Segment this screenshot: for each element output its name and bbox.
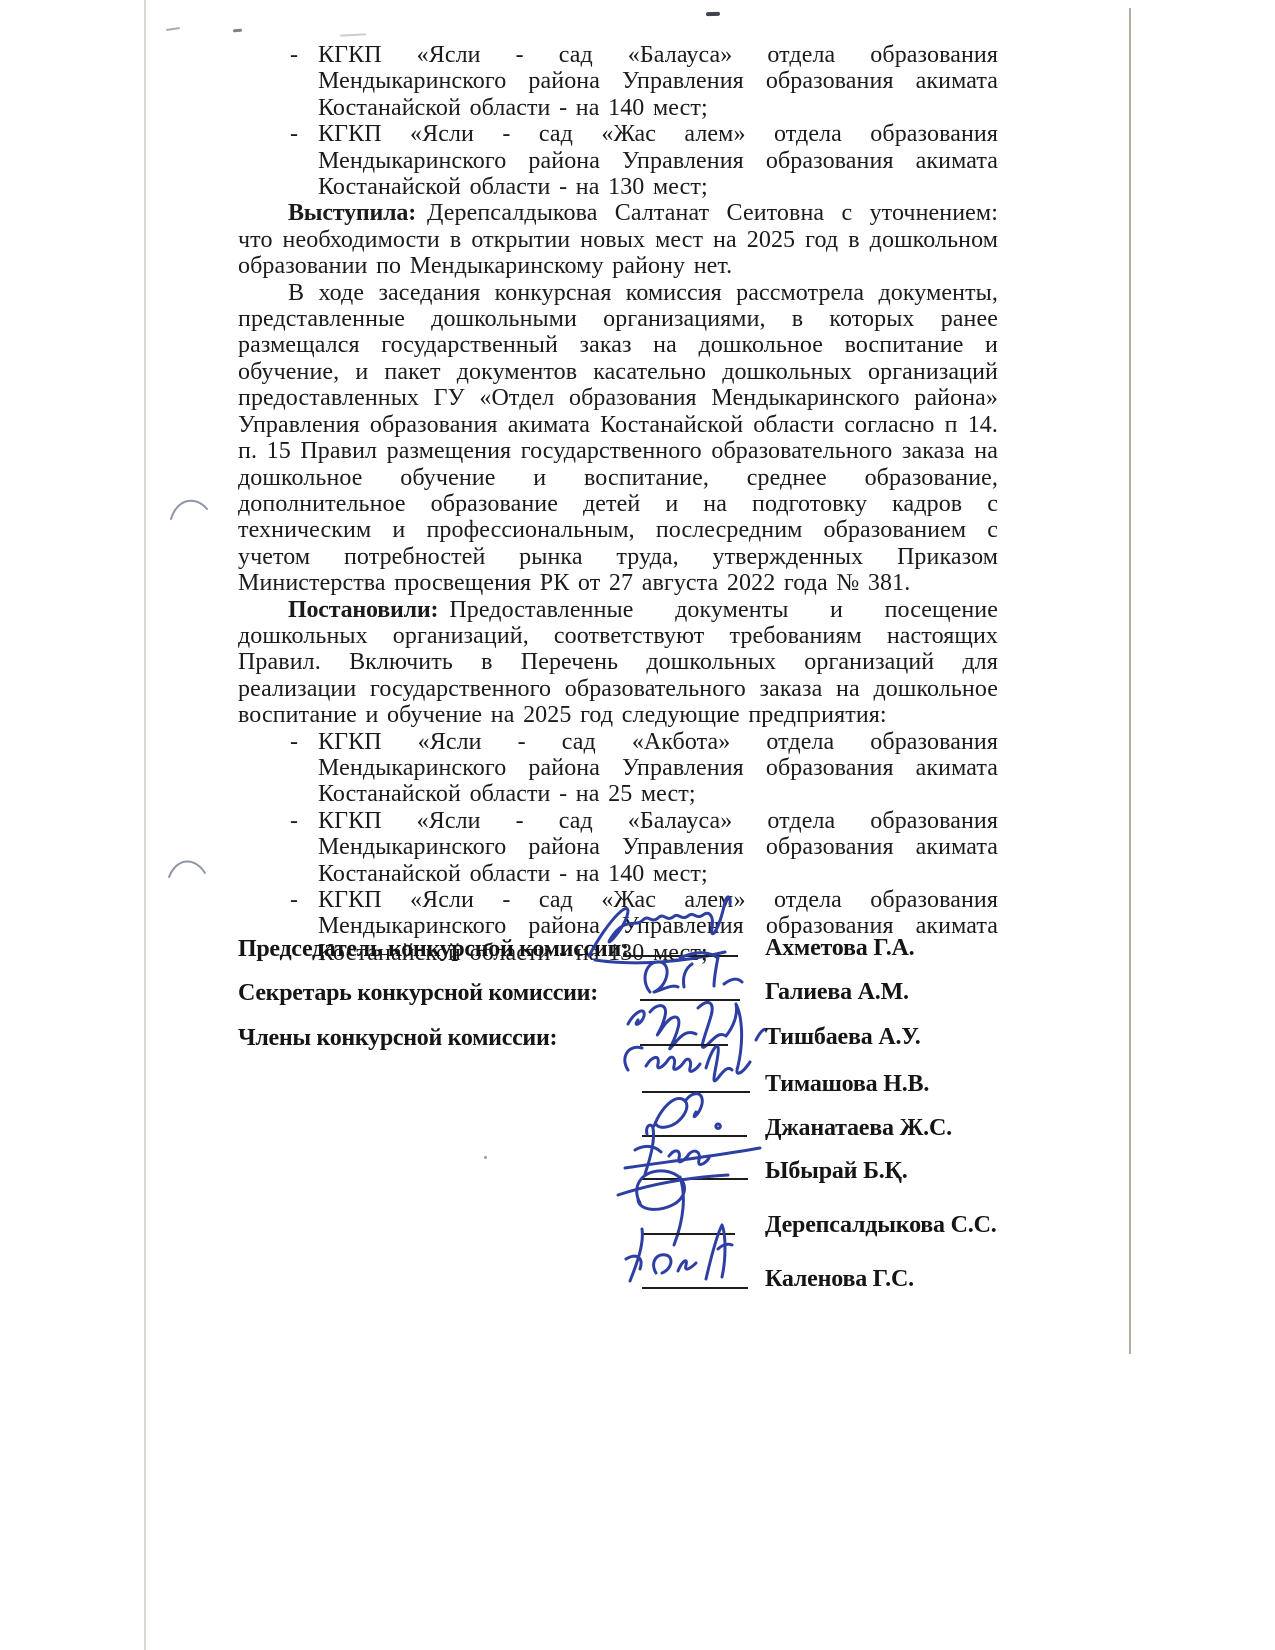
signature-name: Ыбырай Б.Қ. (765, 1158, 908, 1185)
signature-name: Джанатаева Ж.С. (765, 1115, 952, 1142)
list-item: - КГКП «Ясли - сад «Балауса» отдела обра… (238, 42, 998, 121)
paragraph-postanovili: Постановили:Предоставленные документы и … (238, 597, 998, 729)
signature-name: Галиева А.М. (765, 979, 909, 1006)
page-edge-shadow-left (144, 0, 146, 1650)
signature-name: Дерепсалдыкова С.С. (765, 1212, 997, 1239)
list-item-text: КГКП «Ясли - сад «Балауса» отдела образо… (318, 42, 998, 121)
pen-arc-mark (168, 492, 210, 522)
paragraph-v-hode: В ходе заседания конкурсная комиссия рас… (238, 280, 998, 597)
scan-line-artifact-right (1129, 8, 1131, 1354)
bullet-marker: - (290, 887, 298, 913)
signature-kalenova (612, 1215, 762, 1305)
pen-arc-mark (166, 852, 208, 882)
bullet-marker: - (290, 121, 298, 147)
signature-role-label: Члены конкурсной комиссии: (238, 1025, 557, 1052)
signature-name: Каленова Г.С. (765, 1266, 914, 1293)
document-body: - КГКП «Ясли - сад «Балауса» отдела обра… (238, 42, 998, 966)
signature-name: Ахметова Г.А. (765, 935, 914, 962)
list-item: - КГКП «Ясли - сад «Акбота» отдела образ… (238, 729, 998, 808)
list-item-text: КГКП «Ясли - сад «Балауса» отдела образо… (318, 808, 998, 887)
bullet-marker: - (290, 808, 298, 834)
paragraph-lead: Постановили: (288, 597, 438, 623)
scan-speck (233, 29, 242, 33)
signature-line (642, 1287, 748, 1289)
scan-speck (166, 27, 180, 31)
bullet-marker: - (290, 729, 298, 755)
scan-speck (706, 12, 720, 16)
list-item: - КГКП «Ясли - сад «Жас алем» отдела обр… (238, 121, 998, 200)
list-item-text: КГКП «Ясли - сад «Акбота» отдела образов… (318, 729, 998, 808)
scan-speck (340, 33, 366, 36)
scan-speck (484, 1156, 487, 1159)
list-item-text: КГКП «Ясли - сад «Жас алем» отдела образ… (318, 121, 998, 200)
signature-name: Тимашова Н.В. (765, 1071, 929, 1098)
signature-name: Тишбаева А.У. (765, 1024, 921, 1051)
paragraph-text: В ходе заседания конкурсная комиссия рас… (238, 280, 998, 596)
signature-role-label: Председатель конкурсной комиссии: (238, 936, 629, 963)
signature-role-label: Секретарь конкурсной комиссии: (238, 980, 598, 1007)
paragraph-vystupila: Выступила:Дерепсалдыкова Салтанат Сеитов… (238, 200, 998, 279)
scanned-document-page: - КГКП «Ясли - сад «Балауса» отдела обра… (0, 0, 1275, 1650)
paragraph-lead: Выступила: (288, 200, 416, 226)
bullet-marker: - (290, 42, 298, 68)
list-item: - КГКП «Ясли - сад «Балауса» отдела обра… (238, 808, 998, 887)
